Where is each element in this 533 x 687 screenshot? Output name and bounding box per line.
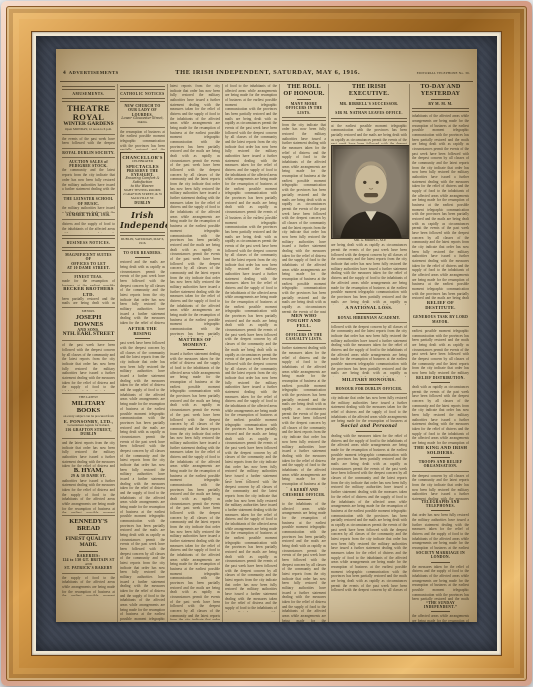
joseph-downes-ad: JOSEPH DOWNES	[62, 314, 115, 329]
social-and-personal-heading: Social and Personal	[331, 424, 407, 429]
theatre-royal-ad: THEATRE ROYAL	[62, 104, 115, 122]
casualty-list-text: to the inhabitants of the affected areas…	[282, 502, 326, 622]
catholic-notices-label: CATHOLIC NOTICES	[120, 92, 165, 96]
newspaper-page: 4ADVERTISEMENTS THE IRISH INDEPENDENT, S…	[56, 49, 477, 622]
relief-distribution-heading: RELIEF DISTRIBUTION.	[412, 376, 469, 380]
body-text: city indicate that order has now been fu…	[331, 396, 407, 424]
summer-term-line: SUMMER TERM, 1916.	[62, 213, 115, 217]
casualty-list-text: from the city indicate that order has no…	[282, 123, 326, 313]
page-running-header: 4ADVERTISEMENTS THE IRISH INDEPENDENT, S…	[60, 61, 473, 82]
masthead: Irish Independent	[120, 210, 165, 230]
body-text: earliest possible moment telegraphic com…	[412, 329, 469, 376]
body-text: made for the resumption of business at t…	[62, 279, 115, 286]
relief-destitute-heading: RELIEF OF DESTITUTE.	[412, 300, 469, 310]
birrell-successor-subheading: MR. BIRRELL'S SUCCESSOR.	[331, 102, 407, 106]
irish-executive-heading: THE IRISH EXECUTIVE.	[331, 84, 407, 97]
kennedys-address2: ST. PATRICK'S BAKERY	[62, 566, 115, 570]
national-loss-heading: A NATIONAL LOSS.	[331, 305, 407, 310]
body-text: the resumption of business at the earlie…	[120, 130, 165, 150]
editorial-telephone-note: EDITORIAL TELEPHONE No. 36.	[417, 71, 470, 75]
military-honours-heading: MILITARY HONOURS.	[331, 377, 407, 382]
body-text: distress and the supply of food to the i…	[62, 222, 115, 233]
advertisements-label: ADVERTISEMENTS	[69, 70, 119, 75]
matters-of-moment-heading: MATTERS OF MOMENT.	[170, 337, 220, 347]
royal-dublin-society-ad: ROYAL DUBLIN SOCIETY.	[62, 151, 115, 155]
society-marriage-heading: SOCIETY MARRIAGE IN LONDON.	[412, 551, 469, 560]
body-text: of business at the earliest possible mom…	[225, 216, 277, 348]
body-text: the deepest concern by all classes of th…	[412, 474, 469, 500]
hibernian-academy-subheading: ROYAL HIBERNIAN ACADEMY.	[331, 316, 407, 320]
dateline: DUBLIN, SATURDAY, MAY 6, 1916.	[120, 238, 165, 246]
king-irish-soldiers-heading: THE KING AND IRISH SOLDIERS.	[412, 445, 469, 455]
chancellors-address: 2 GRAFTON STREET, & 55 SACKVILLE ST.	[122, 193, 163, 201]
portrait-photo-illustration	[331, 145, 409, 239]
military-books-ad: MILITARY BOOKS	[62, 400, 115, 415]
roll-subheading: MANY MORE OFFICERS IN THE LISTS.	[282, 102, 326, 115]
kennedys-made-line: MADE.	[62, 543, 115, 549]
body-text: followed with the deepest concern by all…	[331, 325, 407, 377]
offices-to-let-line3: AT 10 DAME STREET.	[62, 266, 115, 270]
picture-frame-outer-edge: 4ADVERTISEMENTS THE IRISH INDEPENDENT, S…	[1, 1, 532, 686]
column-news-text: of food to the inhabitants of the affect…	[222, 84, 279, 622]
kennedys-bread-ad: KENNEDY'S BREAD	[62, 518, 115, 533]
casualty-list-text: further statement dealing with the measu…	[282, 346, 326, 488]
editorial-text: past week have been followed with the de…	[120, 341, 165, 622]
sunday-independent-heading: “THE SUNDAY INDEPENDENT.”	[412, 601, 469, 610]
body-text: are being dealt with as rapidly as circu…	[331, 243, 407, 305]
body-text: that order has now been fully restored t…	[412, 513, 469, 551]
picture-frame-gold-moulding: 4ADVERTISEMENTS THE IRISH INDEPENDENT, S…	[6, 6, 527, 681]
body-text: issued a further statement dealing with …	[170, 352, 220, 620]
after-the-rising-heading: AFTER THE RISING	[120, 326, 165, 336]
body-text: the supply of food to the inhabitants of…	[62, 576, 115, 596]
body-text: dealt with as rapidly as circumstances p…	[412, 385, 469, 445]
spectacles-line: SPECTACLES	[122, 164, 163, 169]
column-irish-executive: THE IRISH EXECUTIVE. MR. BIRRELL'S SUCCE…	[328, 84, 409, 622]
body-text: the measures taken for the relief of dis…	[412, 565, 469, 601]
page-number: 4	[63, 70, 66, 76]
hyam-ad: B. HYAM,	[62, 467, 115, 474]
body-text: and the latest reports from the city ind…	[62, 441, 115, 467]
auction-sales-ad: AUCTION SALES of PEDIGREE STOCK.	[62, 160, 115, 169]
framed-newspaper-photo: 4ADVERTISEMENTS THE IRISH INDEPENDENT, S…	[0, 0, 533, 687]
editorial-text: restored and the mails are being dealt w…	[120, 260, 165, 326]
column-leader: latest reports from the city indicate th…	[167, 84, 222, 622]
body-text: the affected areas while arrangements ar…	[412, 614, 469, 622]
roll-of-honour-heading: THE ROLL OF HONOUR.	[282, 84, 326, 97]
column-advertisements: AMUSEMENTS. THEATRE ROYAL WINTER GARDENS…	[60, 84, 117, 622]
column-roll-of-honour: THE ROLL OF HONOUR. MANY MORE OFFICERS I…	[279, 84, 328, 622]
body-text: the community and the latest reports fro…	[62, 168, 115, 192]
nathan-leaves-subheading: SIR M. NATHAN LEAVES OFFICE.	[331, 111, 407, 115]
downes-address-line: NTH. EARL STREET	[62, 332, 115, 338]
men-who-fought-heading: MEN WHO FOUGHT AND FELL.	[282, 313, 326, 328]
portrait-photo: MR. A. BIRRELL, M.P.	[331, 145, 409, 243]
body-text: at the earliest possible moment telegrap…	[331, 124, 407, 144]
troops-relief-subheading: TROOPS AND RELIEF ORGANISATION.	[412, 460, 469, 469]
picture-frame-inner-lip: 4ADVERTISEMENTS THE IRISH INDEPENDENT, S…	[31, 31, 502, 656]
header-left: 4ADVERTISEMENTS	[63, 61, 119, 79]
body-text: been partially restored and the mails ar…	[62, 297, 115, 305]
suede-mat: 4ADVERTISEMENTS THE IRISH INDEPENDENT, S…	[36, 36, 497, 651]
body-text: inhabitants of the affected areas while …	[412, 114, 469, 300]
column-editorial: CATHOLIC NOTICES NEW CHURCH TO OUR LADY …	[117, 84, 167, 622]
byline: BY M. M. M.	[412, 102, 469, 106]
body-text: of the past week have been followed with…	[62, 343, 115, 391]
dublin-line: Dublin.	[120, 121, 165, 125]
body-text: have been followed with the deepest conc…	[225, 480, 277, 612]
telegraphs-telephones-heading: TELEGRAPHS AND TELEPHONES.	[412, 500, 469, 509]
body-text: of food to the inhabitants of the affect…	[225, 84, 277, 216]
military-honours-subheading: HONOUR FOR DUBLIN OFFICER.	[331, 387, 407, 391]
body-text: the military authorities have issued a f…	[62, 206, 115, 213]
body-text: latest reports from the city indicate th…	[170, 84, 220, 337]
becker-brothers-ad: BECKER BROTHERS LTD.	[62, 286, 115, 296]
kerry-cheshire-heading: A KERRY AND CHESHIRE OFFICER.	[282, 488, 326, 497]
casualty-lists-subheading: OFFICERS IN THE CASUALTY LISTS.	[282, 333, 326, 342]
body-text: the mails are being dealt with as rapidl…	[225, 348, 277, 480]
today-yesterday-heading: TO-DAY AND YESTERDAY	[412, 84, 469, 97]
chancellors-city: DUBLIN	[122, 201, 163, 205]
theatre-hours-line: Open MONDAY, 12 noon to 6 p.m.	[62, 128, 115, 132]
ponsonby-city: DUBLIN	[62, 432, 115, 436]
column-today-yesterday: TO-DAY AND YESTERDAY BY M. M. M. inhabit…	[409, 84, 471, 622]
lord-mayor-subheading: GENEROUS TASK BY LORD MAYOR.	[412, 315, 469, 324]
chancellors-spectacles-ad: CHANCELLOR'S CELEBRATED SPECTACLES PRESE…	[120, 152, 165, 209]
offices-to-let-ad: MAGNIFICENT SUITES OF	[62, 253, 115, 262]
amusements-label: AMUSEMENTS.	[62, 92, 115, 96]
column-grid: AMUSEMENTS. THEATRE ROYAL WINTER GARDENS…	[60, 84, 473, 622]
leinster-school-ad: THE LEINSTER SCHOOL OF MUSIC.	[62, 197, 115, 206]
portrait-caption: MR. A. BIRRELL, M.P.	[331, 239, 409, 243]
social-personal-text: dealing with the measures taken for the …	[331, 434, 407, 592]
to-our-readers-heading: TO OUR READERS.	[120, 251, 165, 255]
newspaper-title-dateline: THE IRISH INDEPENDENT, SATURDAY, MAY 6, …	[175, 69, 360, 76]
body-text: the events of the past week have been fo…	[62, 137, 115, 146]
body-text: authorities have issued a further statem…	[62, 479, 115, 513]
business-notices-label: BUSINESS NOTICES.	[62, 241, 115, 245]
